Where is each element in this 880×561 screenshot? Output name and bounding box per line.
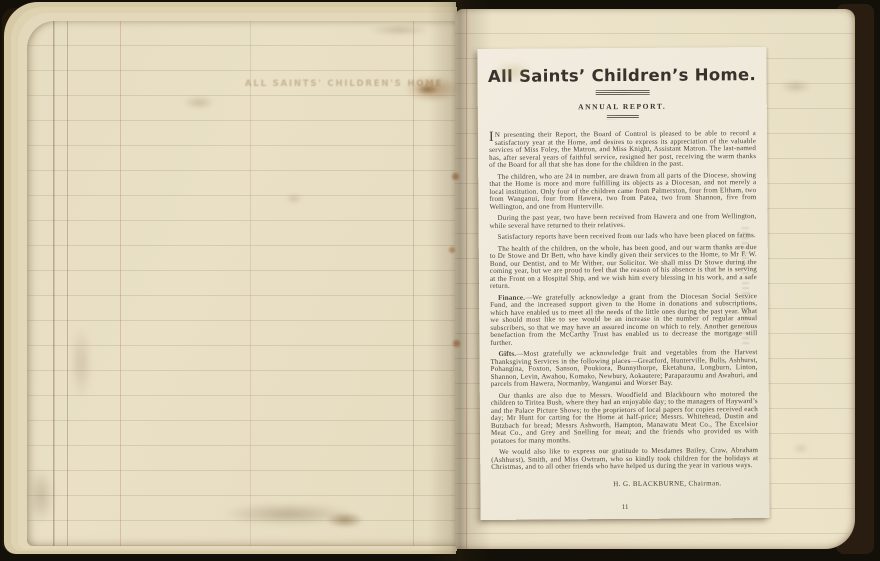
foxing-stain — [70, 326, 92, 400]
decorative-rule — [606, 115, 638, 119]
foxing-stain — [493, 61, 531, 83]
paragraph-text: —Most gratefully we acknowledge fruit an… — [491, 348, 758, 388]
foxing-stain — [183, 96, 215, 109]
paragraph-text: The children, who are 24 in number, are … — [489, 171, 756, 211]
scrapbook-scan: ALL SAINTS' CHILDREN'S HOME All Saints’ … — [0, 0, 880, 561]
decorative-rule — [595, 90, 649, 95]
ghost-text-bleedthrough — [742, 227, 750, 345]
report-paragraph: IN presenting their Report, the Board of… — [489, 130, 756, 169]
report-paragraph: During the past year, two have been rece… — [490, 213, 757, 230]
foxing-stain — [326, 512, 364, 528]
foxing-stain — [28, 468, 54, 524]
ledger-red-line — [120, 21, 121, 546]
signature-line: H. G. BLACKBURNE, Chairman. — [480, 478, 769, 488]
report-paragraph-finance: Finance.—We gratefully acknowledge a gra… — [490, 293, 757, 347]
drop-cap: I — [489, 132, 494, 144]
foxing-stain — [368, 25, 430, 35]
paragraph-text: During the past year, two have been rece… — [490, 212, 757, 229]
report-subtitle: ANNUAL REPORT. — [478, 101, 767, 112]
paragraph-text: Our thanks are also due to Messrs. Woodf… — [491, 390, 758, 445]
album-left-page — [27, 21, 458, 546]
pasted-report-leaflet: All Saints’ Children’s Home. ANNUAL REPO… — [477, 47, 769, 520]
ledger-faint-line — [413, 21, 414, 546]
report-paragraph: We would also like to express our gratit… — [491, 447, 758, 471]
ledger-faint-line — [250, 21, 251, 546]
paragraph-text: The health of the children, on the whole… — [490, 243, 757, 290]
report-paragraph-gifts: Gifts.—Most gratefully we acknowledge fr… — [490, 349, 757, 388]
foxing-stain — [793, 444, 809, 453]
report-paragraph: The children, who are 24 in number, are … — [489, 172, 756, 211]
paragraph-text: We would also like to express our gratit… — [491, 446, 758, 471]
report-paragraph: The health of the children, on the whole… — [490, 244, 757, 291]
page-crease-line — [53, 21, 55, 546]
report-body: IN presenting their Report, the Board of… — [478, 130, 769, 472]
page-crease-line — [67, 21, 68, 546]
report-paragraph: Our thanks are also due to Messrs. Woodf… — [491, 391, 758, 445]
foxing-stain — [286, 194, 302, 203]
paragraph-text: N presenting their Report, the Board of … — [489, 129, 756, 169]
paragraph-text: —We gratefully acknowledge a grant from … — [490, 292, 757, 347]
foxing-stain — [780, 80, 812, 93]
page-number: 11 — [481, 501, 770, 511]
ruled-lines — [27, 21, 458, 546]
paragraph-text: Satisfactory reports have been received … — [498, 231, 756, 241]
report-paragraph: Satisfactory reports have been received … — [490, 232, 757, 241]
